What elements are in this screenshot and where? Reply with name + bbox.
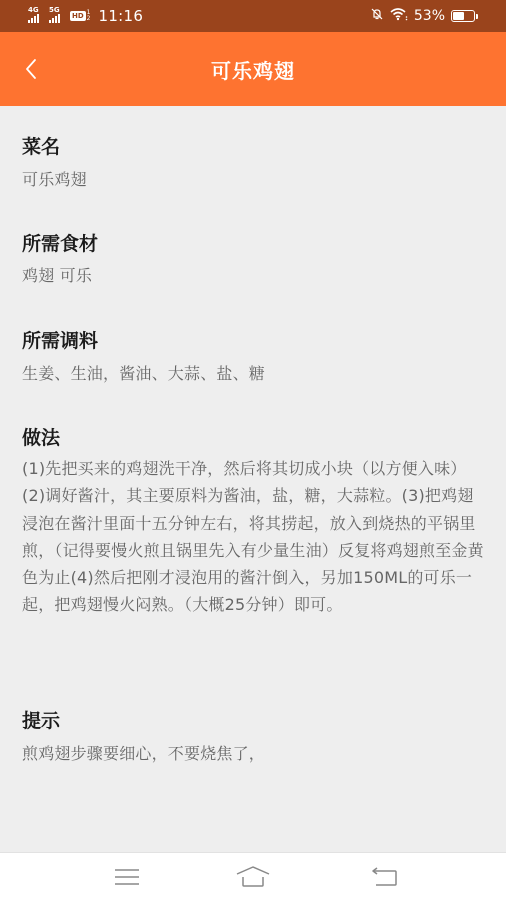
home-icon xyxy=(235,866,271,888)
section-text-dish-name: 可乐鸡翅 xyxy=(22,166,484,193)
signal-4g-icon: 4G xyxy=(28,9,39,23)
home-button[interactable] xyxy=(233,863,273,891)
section-text-method: (1)先把买来的鸡翅洗干净，然后将其切成小块（以方便入味）(2)调好酱汁，其主要… xyxy=(22,455,484,619)
battery-icon xyxy=(451,10,478,22)
section-text-seasonings: 生姜、生油，酱油、大蒜、盐、糖 xyxy=(22,360,484,387)
chevron-left-icon xyxy=(24,58,38,80)
back-icon xyxy=(371,867,399,887)
status-bar: 4G 5G HD 12 11:16 xyxy=(0,0,506,32)
section-text-ingredients: 鸡翅 可乐 xyxy=(22,262,484,289)
status-right: 53% xyxy=(370,7,478,25)
page-title: 可乐鸡翅 xyxy=(211,55,295,84)
status-left: 4G 5G HD 12 11:16 xyxy=(28,7,143,25)
section-title-method: 做法 xyxy=(22,423,60,450)
section-title-ingredients: 所需食材 xyxy=(22,229,98,256)
section-title-tips: 提示 xyxy=(22,706,60,733)
section-title-dish-name: 菜名 xyxy=(22,132,60,159)
section-text-tips: 煎鸡翅步骤要细心，不要烧焦了， xyxy=(22,740,484,767)
back-button[interactable] xyxy=(16,54,46,84)
wifi-icon xyxy=(390,7,408,25)
system-nav-bar xyxy=(0,852,506,900)
section-title-seasonings: 所需调料 xyxy=(22,326,98,353)
clock: 11:16 xyxy=(99,7,144,25)
signal-5g-icon: 5G xyxy=(49,9,60,23)
mute-bell-icon xyxy=(370,7,384,25)
battery-percent: 53% xyxy=(414,8,445,24)
recipe-detail: 菜名 可乐鸡翅 所需食材 鸡翅 可乐 所需调料 生姜、生油，酱油、大蒜、盐、糖 … xyxy=(0,106,506,852)
hd-voice-icon: HD 12 xyxy=(70,10,91,22)
menu-icon xyxy=(114,868,140,886)
app-bar: 可乐鸡翅 xyxy=(0,32,506,106)
menu-button[interactable] xyxy=(107,863,147,891)
back-nav-button[interactable] xyxy=(365,863,405,891)
